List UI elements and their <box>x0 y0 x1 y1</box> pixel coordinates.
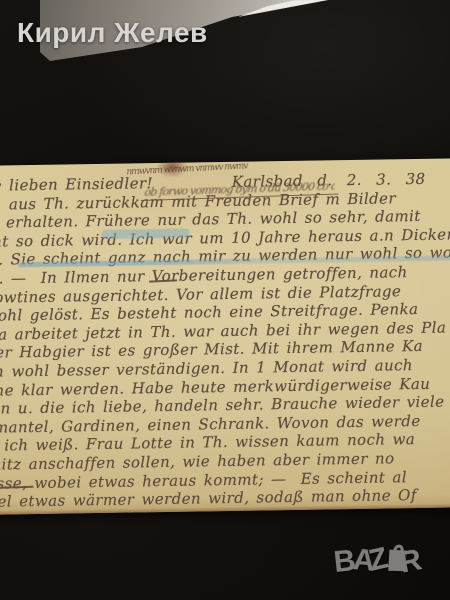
bazar-watermark: B A Z R <box>334 540 421 577</box>
postcard-photo[interactable]: Кирил Желев ne lieben Einsiedler! Karlsb… <box>0 0 450 600</box>
postcard: ne lieben Einsiedler! Karlsbad d. 2. 3. … <box>0 158 450 514</box>
blue-pencil-smudge <box>101 229 189 239</box>
ink-stain <box>156 160 188 179</box>
handwritten-text-block: ne lieben Einsiedler! Karlsbad d. 2. 3. … <box>0 169 450 511</box>
seller-watermark: Кирил Желев <box>17 17 208 49</box>
